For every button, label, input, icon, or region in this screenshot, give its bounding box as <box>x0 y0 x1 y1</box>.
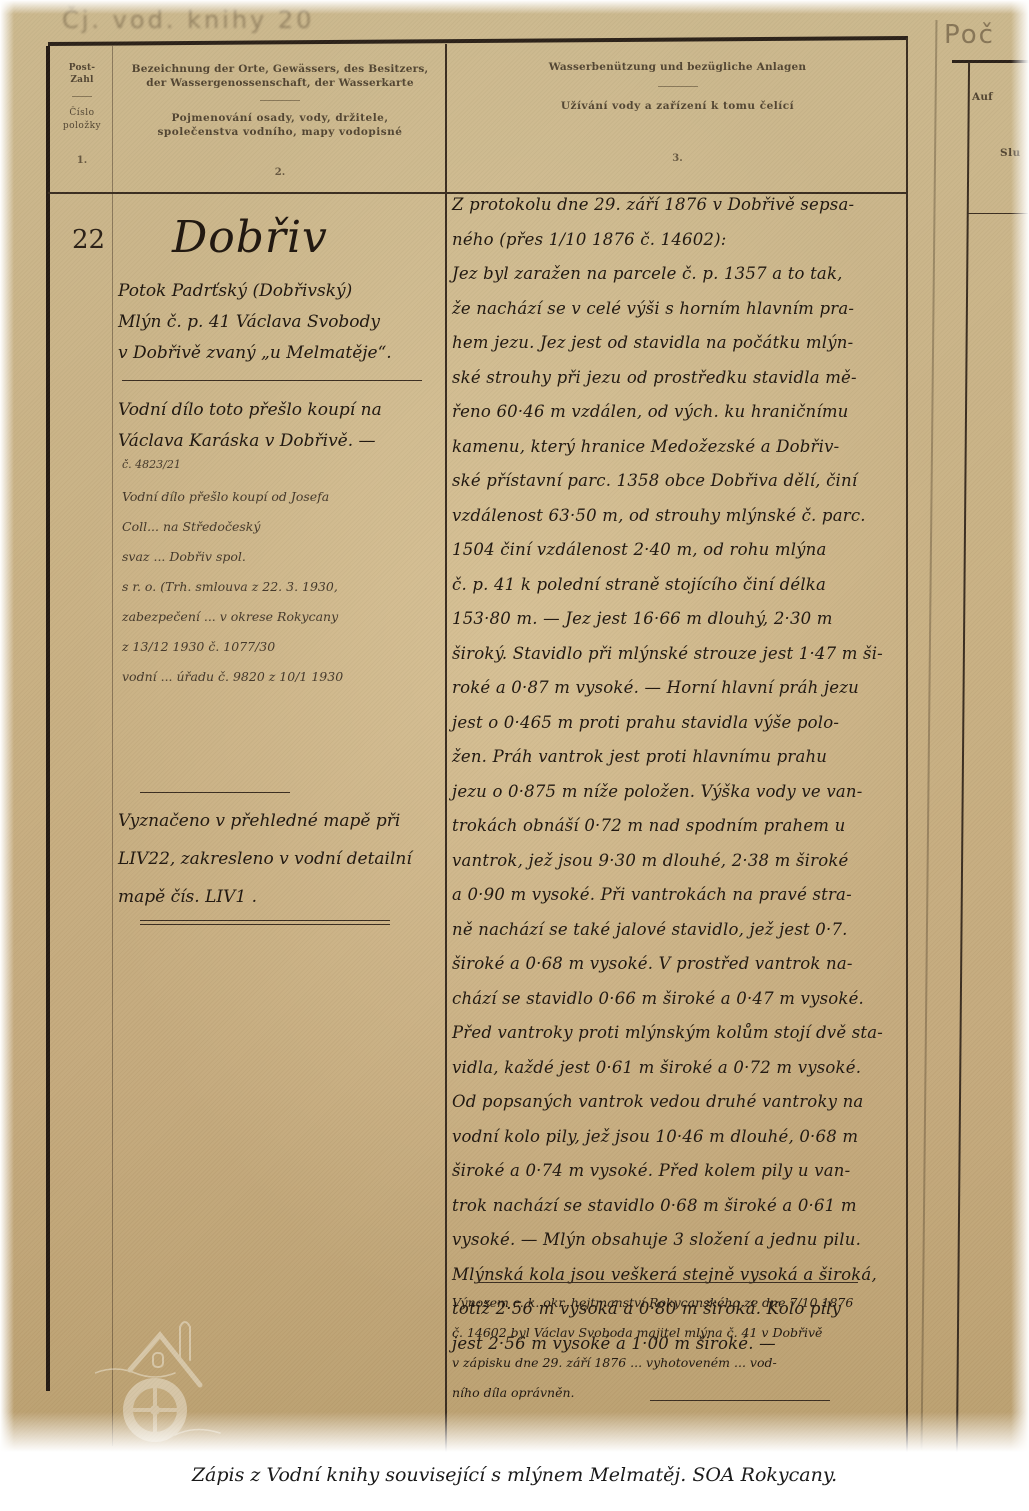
header-col1-number: 1. <box>52 155 112 166</box>
handwritten-line: Václava Karáska v Dobřivě. — <box>118 426 382 457</box>
handwritten-line: ného (přes 1/10 1876 č. 14602): <box>452 223 883 258</box>
col2-block-later-transfer: Vodní dílo přešlo koupí od Josefa Coll..… <box>122 482 343 692</box>
handwritten-line: že nachází se v celé výši s horním hlavn… <box>452 292 883 327</box>
handwritten-line: Vyznačeno v přehledné mapě při <box>118 802 412 840</box>
handwritten-line: svaz ... Dobřiv spol. <box>122 542 343 572</box>
handwritten-line: jest o 0·465 m proti prahu stavidla výše… <box>452 706 883 741</box>
handwritten-line: ního díla oprávněn. <box>452 1378 853 1408</box>
handwritten-line: ně nachází se také jalové stavidlo, jež … <box>452 913 883 948</box>
handwritten-line: Mlýn č. p. 41 Václava Svobody <box>118 307 392 338</box>
header-col3-de: Wasserbenützung und bezügliche Anlagen <box>450 60 905 74</box>
handwritten-line: Potok Padrťský (Dobřivský) <box>118 276 392 307</box>
table-frame-left <box>46 46 50 1391</box>
header-col3-cz: Užívání vody a zařízení k tomu čelící <box>450 99 905 113</box>
handwritten-line: Vodní dílo toto přešlo koupí na <box>118 395 382 426</box>
table-frame-right <box>906 38 908 1452</box>
right-page-header-fragment: Auf <box>972 90 993 104</box>
handwritten-line: trok nachází se stavidlo 0·68 m široké a… <box>452 1189 883 1224</box>
photo-caption: Zápis z Vodní knihy související s mlýnem… <box>0 1464 1029 1486</box>
handwritten-line: ské strouhy při jezu od prostředku stavi… <box>452 361 883 396</box>
handwritten-line: vodní ... úřadu č. 9820 z 10/1 1930 <box>122 662 343 692</box>
handwritten-line: vysoké. — Mlýn obsahuje 3 složení a jedn… <box>452 1223 883 1258</box>
column-divider-2 <box>445 44 447 1452</box>
handwritten-line: vzdálenost 63·50 m, od strouhy mlýnské č… <box>452 499 883 534</box>
handwritten-line: Od popsaných vantrok vedou druhé vantrok… <box>452 1085 883 1120</box>
header-divider <box>260 100 300 101</box>
handwritten-line: 153·80 m. — Jez jest 16·66 m dlouhý, 2·3… <box>452 602 883 637</box>
handwritten-line: vidla, každé jest 0·61 m široké a 0·72 m… <box>452 1051 883 1086</box>
handwritten-line: Mlýnská kola jsou veškerá stejně vysoká … <box>452 1258 883 1293</box>
handwritten-line: žen. Práh vantrok jest proti hlavnímu pr… <box>452 740 883 775</box>
handwritten-line: mapě čís. LIV1 . <box>118 878 412 916</box>
handwritten-line: Z protokolu dne 29. září 1876 v Dobřivě … <box>452 188 883 223</box>
section-double-rule <box>140 920 390 925</box>
place-name: Dobřiv <box>172 212 328 263</box>
right-page-frame-left <box>956 62 970 1452</box>
col3-protocol-text: Z protokolu dne 29. září 1876 v Dobřivě … <box>452 188 883 1361</box>
handwritten-line: v Dobřivě zvaný „u Melmatěje“. <box>118 338 392 369</box>
handwritten-line: a 0·90 m vysoké. Při vantrokách na pravé… <box>452 878 883 913</box>
header-col1: Post-Zahl Číslo položky 1. <box>52 62 112 166</box>
col2-block-transfer: Vodní dílo toto přešlo koupí na Václava … <box>118 395 382 457</box>
section-rule <box>122 380 422 381</box>
col2-block-map-reference: Vyznačeno v přehledné mapě při LIV22, za… <box>118 802 412 916</box>
section-rule <box>650 1400 830 1401</box>
photo-edge-fade-bottom <box>0 1412 1029 1452</box>
handwritten-line: Před vantroky proti mlýnským kolům stojí… <box>452 1016 883 1051</box>
section-rule <box>140 792 290 793</box>
book-gutter-fold <box>921 20 938 1450</box>
handwritten-line: trokách obnáší 0·72 m nad spodním prahem… <box>452 809 883 844</box>
header-col3: Wasserbenützung und bezügliche Anlagen U… <box>450 60 905 164</box>
handwritten-line: vodní kolo pily, jež jsou 10·46 m dlouhé… <box>452 1120 883 1155</box>
handwritten-line: s r. o. (Trh. smlouva z 22. 3. 1930, <box>122 572 343 602</box>
header-divider <box>72 96 92 97</box>
handwritten-line: roké a 0·87 m vysoké. — Horní hlavní prá… <box>452 671 883 706</box>
handwritten-line: Jez byl zaražen na parcele č. p. 1357 a … <box>452 257 883 292</box>
column-divider-1 <box>112 46 113 1446</box>
handwritten-line: široké a 0·68 m vysoké. V prostřed vantr… <box>452 947 883 982</box>
handwritten-line: kamenu, který hranice Medožezské a Dobři… <box>452 430 883 465</box>
header-col1-de: Post-Zahl <box>63 62 101 86</box>
photo-edge-fade-top <box>0 0 1029 14</box>
ledger-page-photo: Čj. vod. knihy 20 Poč Auf Slu Post-Zahl … <box>0 0 1029 1452</box>
photo-edge-fade-right <box>1011 0 1029 1452</box>
handwritten-line: řeno 60·46 m vzdálen, od vých. ku hranič… <box>452 395 883 430</box>
right-page-stamp: Poč <box>944 20 995 50</box>
header-col3-number: 3. <box>450 153 905 164</box>
handwritten-line: chází se stavidlo 0·66 m široké a 0·47 m… <box>452 982 883 1017</box>
handwritten-line: 1504 činí vzdálenost 2·40 m, od rohu mlý… <box>452 533 883 568</box>
handwritten-line: LIV22, zakresleno v vodní detailní <box>118 840 412 878</box>
photo-edge-fade-left <box>0 0 14 1452</box>
handwritten-line: jezu o 0·875 m níže položen. Výška vody … <box>452 775 883 810</box>
handwritten-line: č. p. 41 k polední straně stojícího činí… <box>452 568 883 603</box>
handwritten-line: Vodní dílo přešlo koupí od Josefa <box>122 482 343 512</box>
col2-block-stream-mill: Potok Padrťský (Dobřivský) Mlýn č. p. 41… <box>118 276 392 369</box>
section-rule <box>478 1282 858 1283</box>
handwritten-line: široké a 0·74 m vysoké. Před kolem pily … <box>452 1154 883 1189</box>
header-col2: Bezeichnung der Orte, Gewässers, des Bes… <box>120 62 440 178</box>
header-col2-de: Bezeichnung der Orte, Gewässers, des Bes… <box>130 62 430 90</box>
handwritten-line: v zápisku dne 29. září 1876 ... vyhotove… <box>452 1348 853 1378</box>
header-divider <box>658 86 698 87</box>
col2-reference-number: č. 4823/21 <box>122 456 181 474</box>
handwritten-line: č. 14602 byl Václav Svoboda majitel mlýn… <box>452 1318 853 1348</box>
handwritten-line: vantrok, jež jsou 9·30 m dlouhé, 2·38 m … <box>452 844 883 879</box>
col3-note-text: Výnosem c. k. okr. hejtmanství Rokycansk… <box>452 1288 853 1408</box>
handwritten-line: široký. Stavidlo při mlýnské strouze jes… <box>452 637 883 672</box>
handwritten-line: Coll... na Středočeský <box>122 512 343 542</box>
header-col1-cz: Číslo položky <box>58 107 106 133</box>
table-frame-top <box>48 36 908 46</box>
handwritten-line: z 13/12 1930 č. 1077/30 <box>122 632 343 662</box>
handwritten-line: Výnosem c. k. okr. hejtmanství Rokycansk… <box>452 1288 853 1318</box>
handwritten-line: ské přístavní parc. 1358 obce Dobřiva dě… <box>452 464 883 499</box>
header-col2-cz: Pojmenování osady, vody, držitele, spole… <box>135 111 425 139</box>
handwritten-line: hem jezu. Jez jest od stavidla na počátk… <box>452 326 883 361</box>
entry-number: 22 <box>72 225 105 255</box>
handwritten-line: zabezpečení ... v okrese Rokycany <box>122 602 343 632</box>
header-col2-number: 2. <box>120 167 440 178</box>
